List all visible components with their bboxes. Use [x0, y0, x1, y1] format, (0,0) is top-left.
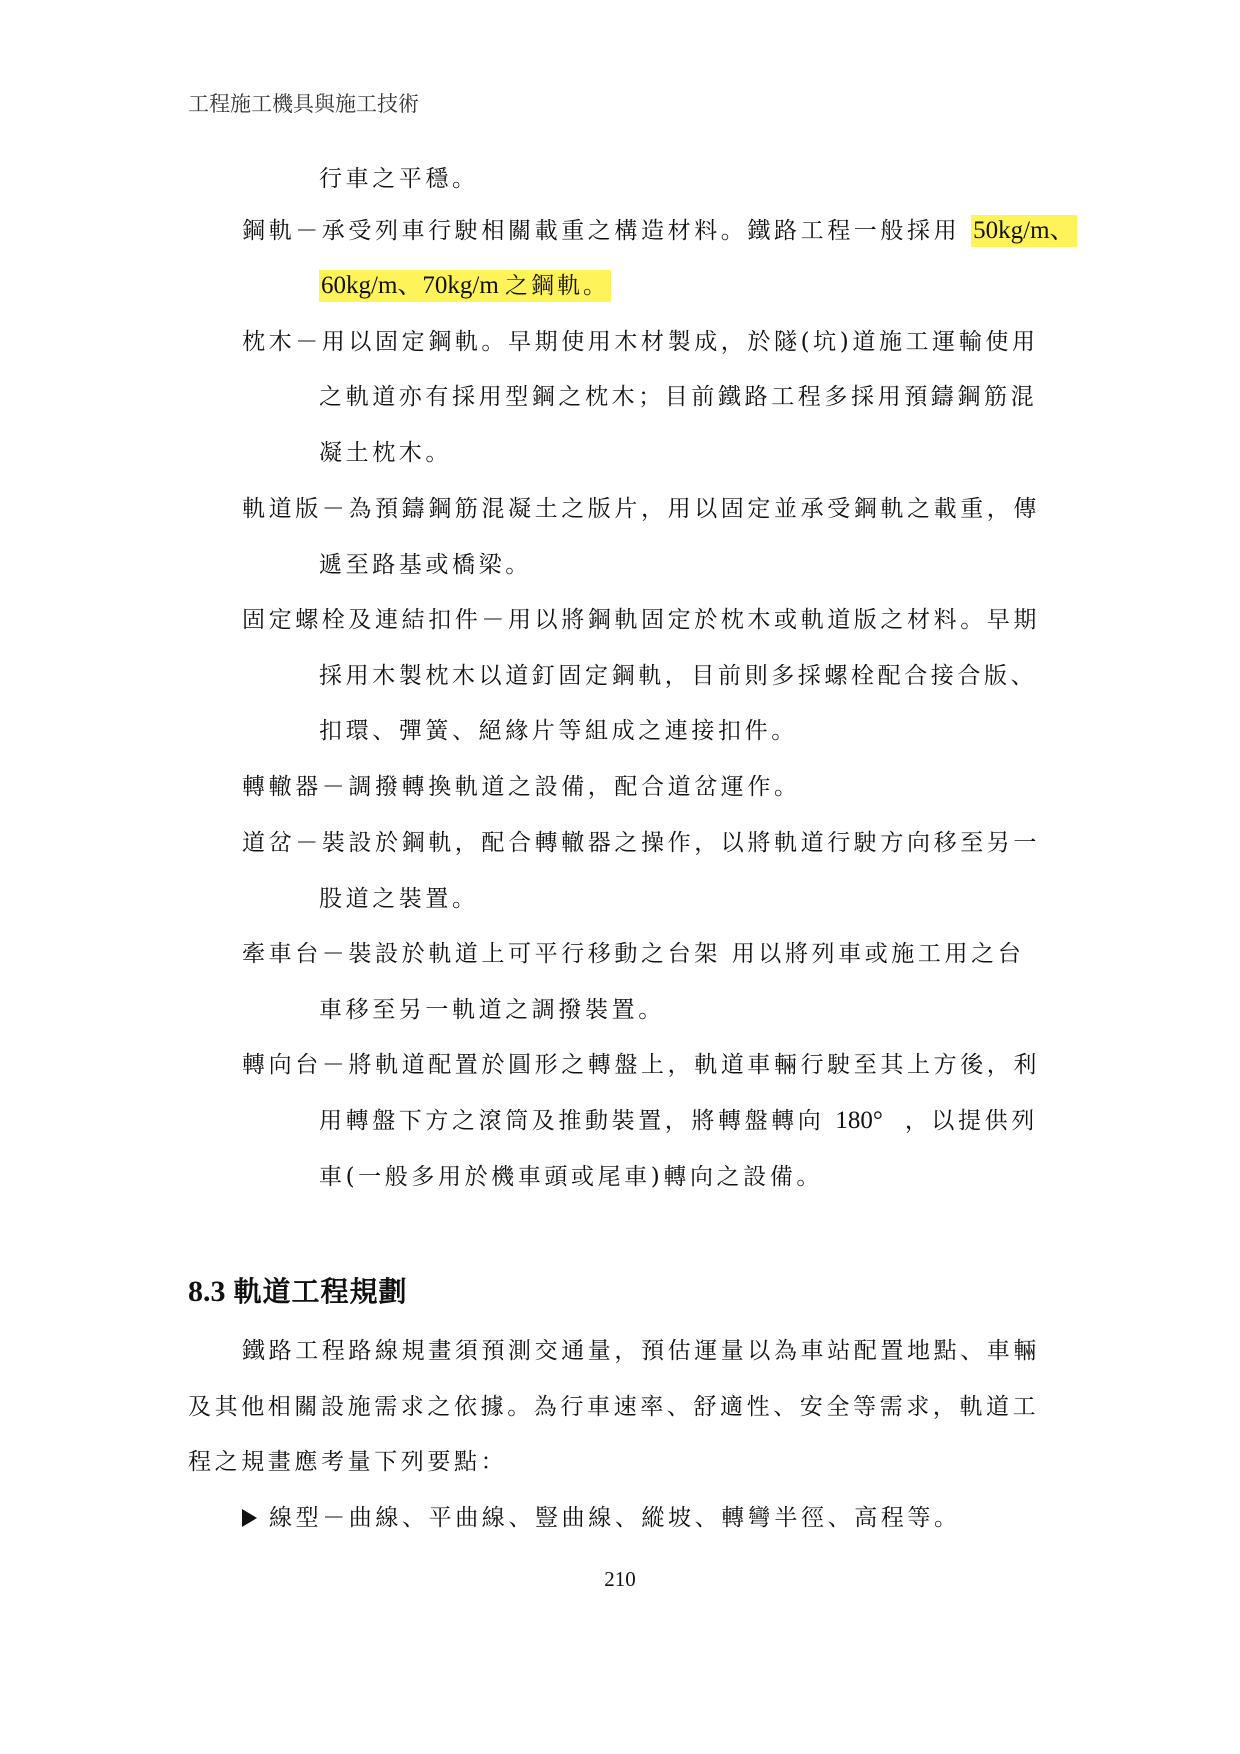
- section-paragraph-line-3: 程之規畫應考量下列要點：: [188, 1447, 507, 1477]
- turntable-text-b: ，以提供列: [905, 1108, 1038, 1134]
- term-steel-rail-text: 鋼軌－承受列車行駛相關載重之構造材料。鐵路工程一般採用: [242, 218, 971, 244]
- section-heading: 8.3軌道工程規劃: [188, 1270, 408, 1310]
- term-sleeper-line-2: 之軌道亦有採用型鋼之枕木；目前鐵路工程多採用預鑄鋼筋混: [319, 382, 1037, 412]
- section-title: 軌道工程規劃: [234, 1275, 408, 1308]
- running-header: 工程施工機具與施工技術: [188, 88, 419, 118]
- term-steel-rail-line-2: 60kg/m、70kg/m 之鋼軌。: [319, 271, 611, 301]
- term-turntable-line-2: 用轉盤下方之滾筒及推動裝置，將轉盤轉向 180°，以提供列: [319, 1106, 1038, 1136]
- term-track-slab-line-1: 軌道版－為預鑄鋼筋混凝土之版片，用以固定並承受鋼軌之載重，傳: [242, 494, 1040, 524]
- section-number: 8.3: [188, 1275, 226, 1308]
- term-track-slab-line-2: 遞至路基或橋梁。: [319, 550, 532, 580]
- term-turntable-line-1: 轉向台－將軌道配置於圓形之轉盤上，軌道車輛行駛至其上方後，利: [242, 1050, 1040, 1080]
- arrow-bullet-icon: [242, 1509, 257, 1527]
- term-fastener-line-3: 扣環、彈簧、絕緣片等組成之連接扣件。: [319, 716, 798, 746]
- term-transfer-table-line-1: 牽車台－裝設於軌道上可平行移動之台架 用以將列車或施工用之台: [242, 939, 1024, 969]
- term-turntable-line-3: 車(一般多用於機車頭或尾車)轉向之設備。: [319, 1162, 823, 1192]
- term-sleeper-line-1: 枕木－用以固定鋼軌。早期使用木材製成，於隧(坑)道施工運輸使用: [242, 327, 1039, 357]
- section-paragraph-line-2: 及其他相關設施需求之依據。為行車速率、舒適性、安全等需求，軌道工: [188, 1392, 1039, 1422]
- page-number: 210: [0, 1567, 1240, 1592]
- highlighted-rail-suffix: 之鋼軌。: [505, 273, 609, 299]
- section-paragraph-line-1: 鐵路工程路線規畫須預測交通量，預估運量以為車站配置地點、車輛: [242, 1336, 1040, 1366]
- bullet-text: 線型－曲線、平曲線、豎曲線、縱坡、轉彎半徑、高程等。: [269, 1505, 961, 1531]
- turntable-text-a: 用轉盤下方之滾筒及推動裝置，將轉盤轉向: [319, 1108, 835, 1134]
- bullet-item: 線型－曲線、平曲線、豎曲線、縱坡、轉彎半徑、高程等。: [242, 1503, 961, 1533]
- term-continuation-line: 行車之平穩。: [319, 164, 479, 194]
- term-steel-rail-line-1: 鋼軌－承受列車行駛相關載重之構造材料。鐵路工程一般採用 50kg/m、: [242, 216, 1077, 246]
- term-turnout-line-1: 道岔－裝設於鋼軌，配合轉轍器之操作，以將軌道行駛方向移至另一: [242, 828, 1040, 858]
- highlighted-rail-weight-2: 60kg/m、70kg/m 之鋼軌。: [319, 270, 611, 302]
- highlighted-rail-weights: 60kg/m、70kg/m: [321, 272, 505, 299]
- term-sleeper-line-3: 凝土枕木。: [319, 438, 452, 468]
- term-switch-machine-line-1: 轉轍器－調撥轉換軌道之設備，配合道岔運作。: [242, 772, 801, 802]
- term-fastener-line-1: 固定螺栓及連結扣件－用以將鋼軌固定於枕木或軌道版之材料。早期: [242, 605, 1040, 635]
- term-transfer-table-line-2: 車移至另一軌道之調撥裝置。: [319, 995, 665, 1025]
- turntable-angle: 180°: [835, 1107, 883, 1134]
- term-fastener-line-2: 採用木製枕木以道釘固定鋼軌，目前則多採螺栓配合接合版、: [319, 661, 1037, 691]
- highlighted-rail-weight-1: 50kg/m、: [971, 215, 1076, 247]
- term-turnout-line-2: 股道之裝置。: [319, 884, 479, 914]
